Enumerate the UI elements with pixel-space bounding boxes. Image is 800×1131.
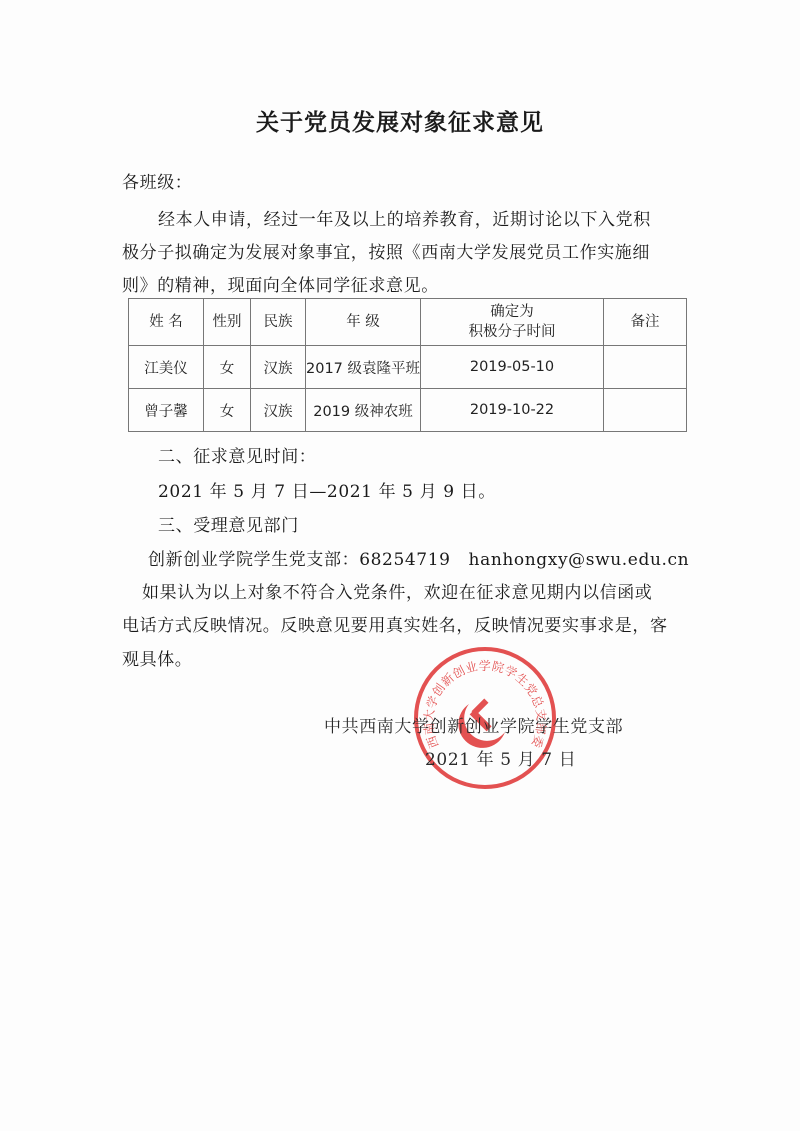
section3-heading: 三、受理意见部门: [158, 511, 299, 536]
table-row: 江美仪 女 汉族 2017 级袁隆平班 2019-05-10: [129, 346, 687, 389]
header-activist-date-line1: 确定为: [421, 302, 603, 322]
header-gender: 性别: [204, 299, 251, 346]
header-ethnicity: 民族: [251, 299, 306, 346]
header-activist-date: 确定为 积极分子时间: [421, 299, 604, 346]
closing-line-1: 如果认为以上对象不符合入党条件，欢迎在征求意见期内以信函或: [142, 578, 652, 603]
header-grade: 年 级: [306, 299, 421, 346]
cell-name: 曾子馨: [129, 389, 204, 432]
cell-note: [604, 389, 687, 432]
cell-ethnicity: 汉族: [251, 389, 306, 432]
intro-line-2: 极分子拟确定为发展对象事宜，按照《西南大学发展党员工作实施细: [122, 238, 650, 263]
section3-contact: 创新创业学院学生党支部：68254719 hanhongxy@swu.edu.c…: [148, 545, 689, 570]
signature-date: 2021 年 5 月 7 日: [425, 745, 576, 770]
intro-line-3: 则》的精神，现面向全体同学征求意见。: [122, 271, 439, 296]
document-title: 关于党员发展对象征求意见: [0, 104, 800, 137]
cell-ethnicity: 汉族: [251, 346, 306, 389]
header-activist-date-line2: 积极分子时间: [421, 322, 603, 342]
table-header-row: 姓 名 性别 民族 年 级 确定为 积极分子时间 备注: [129, 299, 687, 346]
header-note: 备注: [604, 299, 687, 346]
salutation: 各班级：: [122, 168, 192, 193]
closing-line-3: 观具体。: [122, 645, 192, 670]
intro-line-1: 经本人申请，经过一年及以上的培养教育，近期讨论以下入党积: [158, 205, 651, 230]
cell-gender: 女: [204, 346, 251, 389]
cell-note: [604, 346, 687, 389]
closing-line-2: 电话方式反映情况。反映意见要用真实姓名，反映情况要实事求是，客: [122, 611, 668, 636]
cell-activist-date: 2019-05-10: [421, 346, 604, 389]
cell-grade: 2017 级袁隆平班: [306, 346, 421, 389]
section2-text: 2021 年 5 月 7 日—2021 年 5 月 9 日。: [158, 477, 496, 502]
header-name: 姓 名: [129, 299, 204, 346]
cell-grade: 2019 级神农班: [306, 389, 421, 432]
cell-activist-date: 2019-10-22: [421, 389, 604, 432]
candidate-table: 姓 名 性别 民族 年 级 确定为 积极分子时间 备注 江美仪 女 汉族 201…: [128, 298, 687, 432]
cell-name: 江美仪: [129, 346, 204, 389]
section2-heading: 二、征求意见时间：: [158, 442, 316, 467]
cell-gender: 女: [204, 389, 251, 432]
table-row: 曾子馨 女 汉族 2019 级神农班 2019-10-22: [129, 389, 687, 432]
signature-org: 中共西南大学创新创业学院学生党支部: [324, 712, 623, 737]
